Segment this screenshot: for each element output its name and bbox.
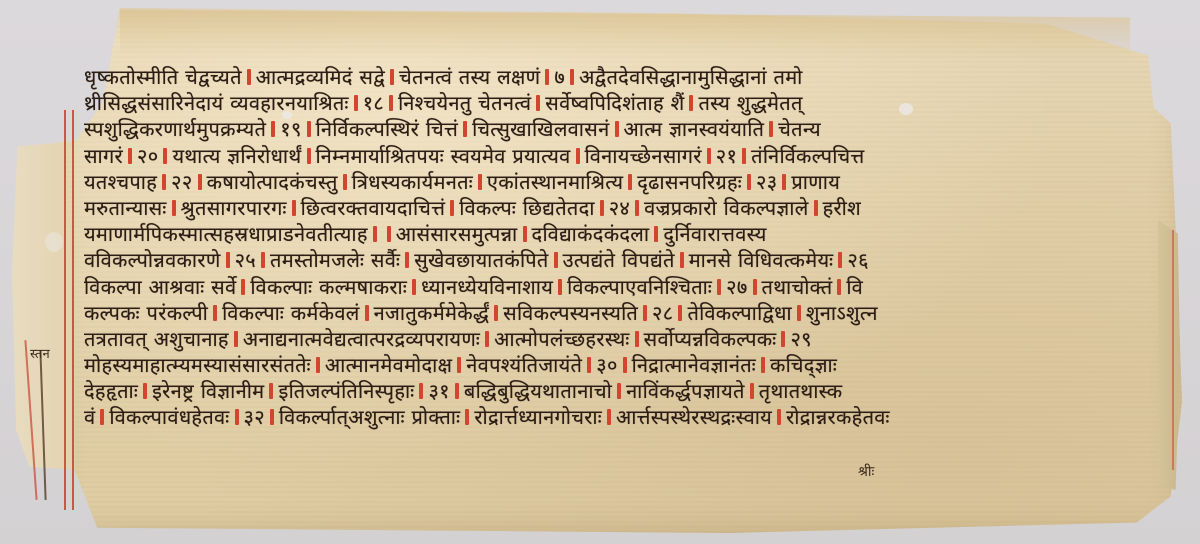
text-segment: तंनिर्विकल्पचित्त: [751, 144, 864, 168]
text-segment: वज्रप्रकारो विकल्पज्ञाले: [644, 196, 808, 220]
text-segment: रोद्रार्त्तध्यानगोचराः: [474, 405, 602, 429]
red-danda-mark: [600, 200, 604, 216]
red-danda-mark: [465, 409, 469, 425]
red-danda-mark: [587, 357, 591, 373]
text-segment: १९: [280, 117, 301, 141]
text-segment: ध्यानध्येयविनाशाय: [421, 275, 553, 299]
red-danda-mark: [747, 174, 751, 190]
text-segment: सुखेवछायातकंपिते: [414, 248, 548, 272]
text-segment: ३१: [428, 379, 449, 403]
red-danda-mark: [100, 409, 104, 425]
red-danda-mark: [307, 121, 311, 137]
text-segment: २८: [652, 301, 673, 325]
text-segment: वं: [84, 405, 95, 429]
text-segment: २७: [726, 275, 747, 299]
text-segment: विकल्पाएवनिश्चिताः: [567, 275, 712, 299]
red-danda-mark: [316, 357, 320, 373]
text-segment: ३२: [244, 405, 265, 429]
text-segment: निद्रात्मानेवज्ञानंतः: [632, 353, 756, 377]
manuscript-text-block: धृष्कतोस्मीति चेद्वच्यतेआत्मद्रव्यमिदं स…: [84, 64, 1164, 431]
text-segment: आर्त्तस्पस्थेरस्थद्रःस्वाय: [616, 405, 772, 429]
text-segment: चेतनत्वं तस्य लक्षणं: [399, 65, 540, 89]
red-danda-mark: [523, 226, 527, 242]
margin-note: स्तन: [30, 344, 50, 362]
red-danda-mark: [615, 121, 619, 137]
text-segment: उत्पद्यंते विपद्यंते: [563, 248, 675, 272]
text-segment: ७: [554, 65, 565, 89]
red-danda-mark: [162, 174, 166, 190]
text-segment: नजातुकर्ममेकेर्द्धं: [374, 301, 490, 325]
text-segment: वविकल्पोन्नवकारणे: [84, 248, 221, 272]
text-segment: नाविंकर्द्धपज्ञायते: [626, 379, 745, 403]
text-segment: श्रुतसागरपारगः: [181, 196, 287, 220]
text-segment: विकल्पः छिद्यतेतदा: [459, 196, 594, 220]
left-margin-rule: [72, 110, 74, 510]
red-danda-mark: [373, 226, 377, 242]
red-danda-mark: [635, 200, 639, 216]
red-danda-mark: [343, 174, 347, 190]
text-segment: चेतन्य: [778, 117, 821, 141]
text-segment: आत्म ज्ञानस्वयंयाति: [624, 117, 765, 141]
red-danda-mark: [678, 305, 682, 321]
red-danda-mark: [717, 279, 721, 295]
text-segment: प्राणाय: [791, 170, 840, 194]
red-danda-mark: [545, 69, 549, 85]
red-danda-mark: [478, 174, 482, 190]
text-segment: विकल्पाः कल्मषाकराः: [250, 275, 407, 299]
manuscript-line: यतश्चपाह२२कषायोत्पादकंचस्तुत्रिधस्यकार्य…: [84, 169, 1164, 195]
red-danda-mark: [781, 331, 785, 347]
red-danda-mark: [485, 331, 489, 347]
text-segment: अनाद्यनात्मवेद्यत्वात्परद्रव्यपरायणः: [243, 327, 480, 351]
text-segment: आसंसारसमुत्पन्ना: [396, 222, 518, 246]
text-segment: मोहस्यमाहात्म्यमस्यासंसारसंततेः: [84, 353, 311, 377]
red-danda-mark: [654, 226, 658, 242]
text-segment: तत्रतावत् अशुचानाह: [84, 327, 229, 351]
red-danda-mark: [389, 95, 393, 111]
manuscript-line: थ्रीसिद्धसंसारिनेदायं व्यवहारनयाश्रितः१८…: [84, 90, 1164, 116]
text-segment: यमाणार्मपिकस्मात्सहस्रधाप्राडनेवतीत्याह: [84, 222, 368, 246]
manuscript-line: सागरं२०यथात्य ज्ञनिरोधार्थंनिम्नमार्याश्…: [84, 143, 1164, 169]
text-segment: तमस्तोमजलेः सर्वैः: [270, 248, 400, 272]
red-danda-mark: [576, 148, 580, 164]
red-danda-mark: [558, 279, 562, 295]
text-segment: कषायोत्पादकंचस्तु: [207, 170, 338, 194]
manuscript-line: यमाणार्मपिकस्मात्सहस्रधाप्राडनेवतीत्याहआ…: [84, 221, 1164, 247]
red-danda-mark: [623, 357, 627, 373]
footer-note: श्रीः: [858, 462, 874, 481]
text-segment: चित्सुखाखिलवासनं: [472, 117, 609, 141]
text-segment: २१: [716, 144, 737, 168]
text-segment: विकर्ल्पात्अशुत्नाः प्रोक्ताः: [279, 405, 460, 429]
text-segment: सागरं: [84, 144, 123, 168]
text-segment: बद्धिबुद्धियथातानाचो: [464, 379, 612, 403]
text-segment: इतिजल्पंतिनिस्पृहाः: [278, 379, 414, 403]
text-segment: रोद्रान्नरकहेतवः: [786, 405, 890, 429]
text-segment: २४: [609, 196, 630, 220]
text-segment: २२: [171, 170, 192, 194]
text-segment: सर्वोप्यन्नविकल्पकः: [644, 327, 777, 351]
manuscript-line: कल्पकः परंकल्पीविकल्पाः कर्मकेवलंनजातुकर…: [84, 300, 1164, 326]
text-segment: दुर्निवारात्तवस्य: [663, 222, 766, 246]
manuscript-line: मोहस्यमाहात्म्यमस्यासंसारसंततेःआत्मानमेव…: [84, 352, 1164, 378]
text-segment: धृष्कतोस्मीति चेद्वच्यते: [84, 65, 242, 89]
red-danda-mark: [213, 305, 217, 321]
text-segment: अद्वैतदेवसिद्धानामुसिद्धानां तमो: [579, 65, 803, 89]
red-danda-mark: [761, 357, 765, 373]
manuscript-line: वविकल्पोन्नवकारणे२५तमस्तोमजलेः सर्वैःसुख…: [84, 247, 1164, 273]
text-segment: देहहृताः: [84, 379, 138, 403]
red-danda-mark: [261, 252, 265, 268]
text-segment: तेविकल्पाद्विधा: [687, 301, 791, 325]
red-danda-mark: [419, 383, 423, 399]
red-danda-mark: [536, 95, 540, 111]
left-margin-rule: [64, 110, 66, 510]
text-segment: यतश्चपाह: [84, 170, 157, 194]
red-danda-mark: [837, 279, 841, 295]
text-segment: तथाचोक्तं: [762, 275, 833, 299]
text-segment: सर्वेष्वपिदिशंताह शैं: [545, 91, 684, 115]
red-danda-mark: [494, 305, 498, 321]
red-danda-mark: [814, 200, 818, 216]
text-segment: इरेनष्ट्र विज्ञानीम: [152, 379, 264, 403]
red-danda-mark: [270, 409, 274, 425]
red-danda-mark: [643, 305, 647, 321]
text-segment: निम्नमार्याश्रितपयः स्वयमेव प्रयात्यव: [316, 144, 571, 168]
red-danda-mark: [782, 174, 786, 190]
manuscript-line: मरुतान्यासःश्रुतसागरपारगःछित्वरक्तवायदाच…: [84, 195, 1164, 221]
text-segment: २५: [235, 248, 256, 272]
red-danda-mark: [689, 95, 693, 111]
red-danda-mark: [753, 279, 757, 295]
text-segment: ३०: [596, 353, 617, 377]
text-segment: हरीश: [823, 196, 861, 220]
manuscript-line: तत्रतावत् अशुचानाहअनाद्यनात्मवेद्यत्वात्…: [84, 326, 1164, 352]
red-danda-mark: [234, 331, 238, 347]
text-segment: दृढासनपरिग्रहः: [637, 170, 742, 194]
text-segment: यथात्य ज्ञनिरोधार्थं: [172, 144, 301, 168]
red-danda-mark: [570, 69, 574, 85]
text-segment: त्रिधस्यकार्यमनतः: [352, 170, 473, 194]
text-segment: सविकल्पस्यनस्यति: [503, 301, 638, 325]
red-danda-mark: [680, 252, 684, 268]
red-danda-mark: [198, 174, 202, 190]
red-danda-mark: [390, 69, 394, 85]
red-danda-mark: [750, 383, 754, 399]
text-segment: आत्मद्रव्यमिदं सद्वे: [256, 65, 385, 89]
red-danda-mark: [797, 305, 801, 321]
text-segment: २०: [137, 144, 158, 168]
text-segment: नेवपश्यंतिजायंते: [466, 353, 582, 377]
text-segment: स्पशुद्धिकरणार्थमुपक्रम्यते: [84, 117, 266, 141]
text-segment: मानसे विधिवत्कमेयः: [689, 248, 834, 272]
text-segment: विकल्पावंधहेतवः: [109, 405, 229, 429]
text-segment: तस्य शुद्धमेतत्: [698, 91, 802, 115]
text-segment: आत्मानमेवमोदाक्ष: [325, 353, 452, 377]
red-danda-mark: [143, 383, 147, 399]
text-segment: विनायच्छेनसागरं: [585, 144, 702, 168]
manuscript-line: धृष्कतोस्मीति चेद्वच्यतेआत्मद्रव्यमिदं स…: [84, 64, 1164, 90]
red-danda-mark: [128, 148, 132, 164]
red-danda-mark: [292, 200, 296, 216]
text-segment: शुनाऽशुत्न: [806, 301, 878, 325]
red-danda-mark: [405, 252, 409, 268]
red-danda-mark: [241, 279, 245, 295]
red-danda-mark: [457, 357, 461, 373]
text-segment: कचिद्ज्ञाः: [770, 353, 837, 377]
paper-stain: [45, 232, 63, 252]
text-segment: २६: [847, 248, 868, 272]
text-segment: एकांतस्थानमाश्रित्य: [487, 170, 623, 194]
text-segment: २९: [790, 327, 811, 351]
red-danda-mark: [455, 383, 459, 399]
red-danda-mark: [607, 409, 611, 425]
red-danda-mark: [269, 383, 273, 399]
red-danda-mark: [271, 121, 275, 137]
manuscript-line: विकल्पा आश्रवाः सर्वेविकल्पाः कल्मषाकराः…: [84, 274, 1164, 300]
red-danda-mark: [450, 200, 454, 216]
text-segment: २३: [756, 170, 777, 194]
red-danda-mark: [769, 121, 773, 137]
text-segment: निर्विकल्पस्थिरं चित्तं: [316, 117, 458, 141]
red-danda-mark: [354, 95, 358, 111]
text-segment: आत्मोपलंच्छहरस्थः: [494, 327, 630, 351]
red-danda-mark: [163, 148, 167, 164]
manuscript-line: देहहृताःइरेनष्ट्र विज्ञानीमइतिजल्पंतिनिस…: [84, 378, 1164, 404]
right-margin-rule: [1172, 230, 1174, 470]
text-segment: विकल्पाः कर्मकेवलं: [222, 301, 360, 325]
text-segment: थ्रीसिद्धसंसारिनेदायं व्यवहारनयाश्रितः: [84, 91, 349, 115]
text-segment: मरुतान्यासः: [84, 196, 167, 220]
red-danda-mark: [777, 409, 781, 425]
red-danda-mark: [412, 279, 416, 295]
red-danda-mark: [635, 331, 639, 347]
red-danda-mark: [387, 226, 391, 242]
red-danda-mark: [247, 69, 251, 85]
red-danda-mark: [742, 148, 746, 164]
red-danda-mark: [172, 200, 176, 216]
red-danda-mark: [838, 252, 842, 268]
text-segment: १८: [363, 91, 384, 115]
red-danda-mark: [554, 252, 558, 268]
red-danda-mark: [707, 148, 711, 164]
manuscript-line: वंविकल्पावंधहेतवः३२विकर्ल्पात्अशुत्नाः प…: [84, 404, 1164, 430]
manuscript-photo: स्तन धृष्कतोस्मीति चेद्वच्यतेआत्मद्रव्यम…: [0, 0, 1200, 544]
text-segment: कल्पकः परंकल्पी: [84, 301, 208, 325]
text-segment: विकल्पा आश्रवाः सर्वे: [84, 275, 236, 299]
page-top-margin: [120, 10, 1130, 60]
red-danda-mark: [235, 409, 239, 425]
red-danda-mark: [628, 174, 632, 190]
text-segment: तृथातथास्क: [759, 379, 843, 403]
text-segment: दविद्याकंदकंदला: [532, 222, 650, 246]
text-segment: वि: [846, 275, 863, 299]
manuscript-line: स्पशुद्धिकरणार्थमुपक्रम्यते१९निर्विकल्पस…: [84, 116, 1164, 142]
red-danda-mark: [307, 148, 311, 164]
red-danda-mark: [463, 121, 467, 137]
text-segment: निश्चयेनतु चेतनत्वं: [398, 91, 531, 115]
red-danda-mark: [365, 305, 369, 321]
red-danda-mark: [617, 383, 621, 399]
text-segment: छित्वरक्तवायदाचित्तं: [301, 196, 446, 220]
red-danda-mark: [226, 252, 230, 268]
